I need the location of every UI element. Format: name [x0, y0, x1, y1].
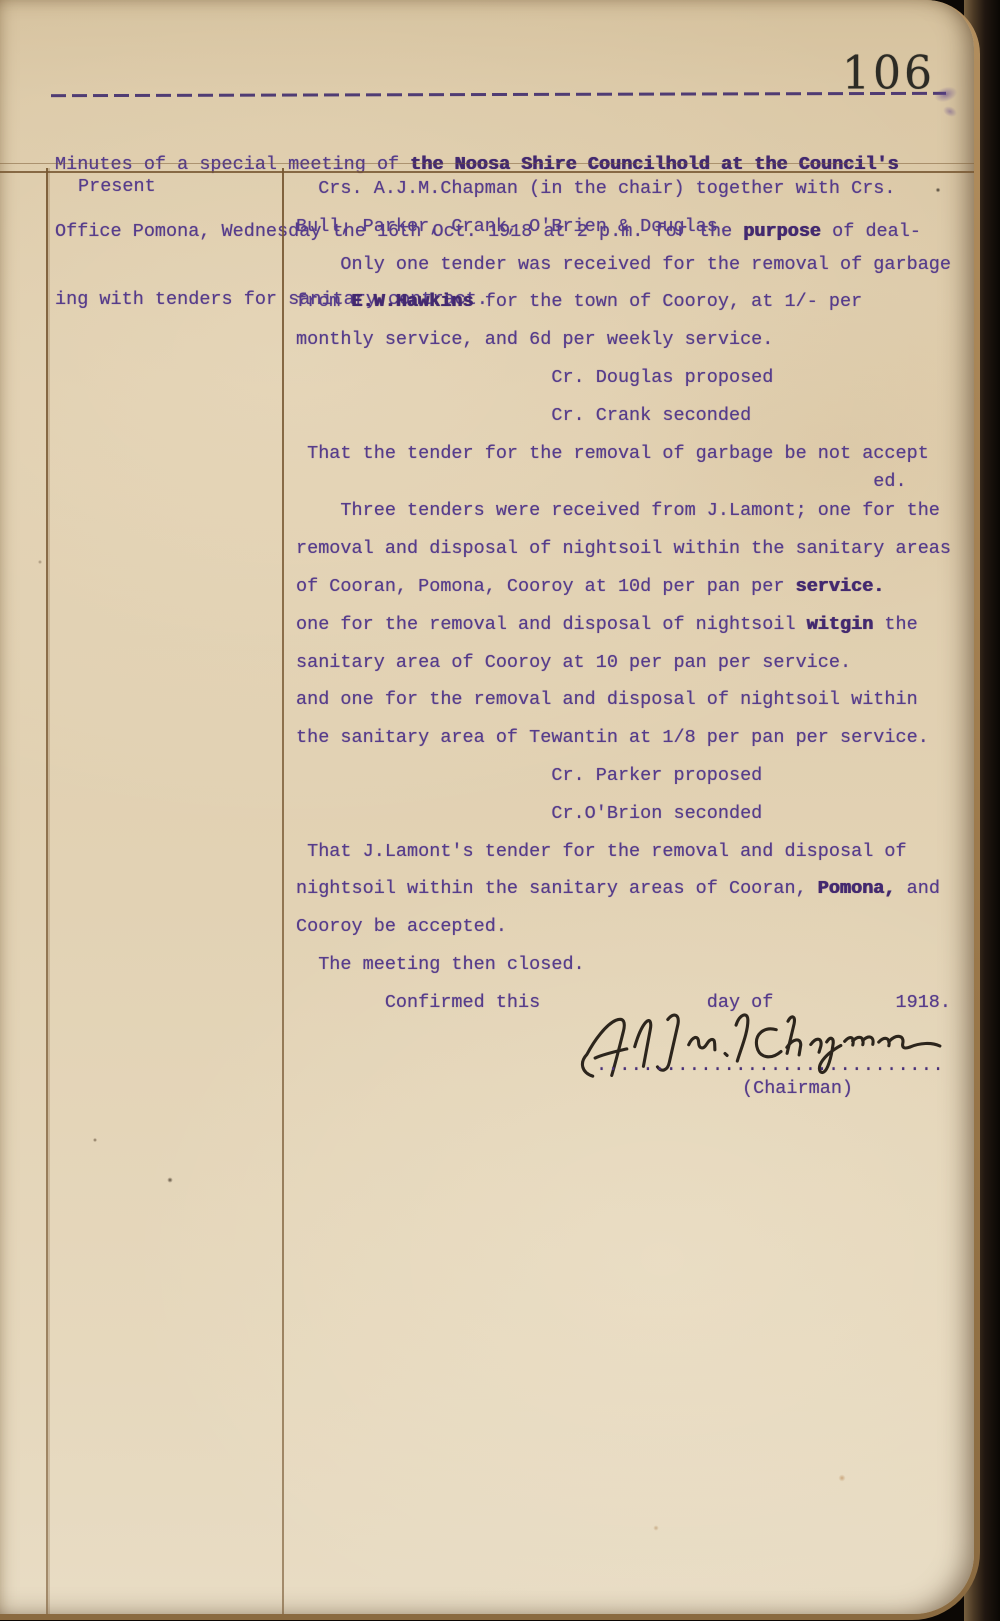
- minutes-line: and one for the removal and disposal of …: [296, 681, 968, 719]
- typed-text: the sanitary area of Tewantin at 1/8 per…: [296, 727, 929, 748]
- minutes-line: Cooroy be accepted.: [296, 908, 968, 946]
- minutes-line: removal and disposal of nightsoil within…: [296, 530, 968, 568]
- minutes-line: The meeting then closed.: [296, 946, 968, 984]
- minutes-line: monthly service, and 6d per weekly servi…: [296, 321, 968, 359]
- typed-text: Three tenders were received from J.Lamon…: [296, 500, 940, 521]
- minutes-line: Crs. A.J.M.Chapman (in the chair) togeth…: [296, 170, 968, 208]
- minutes-line: Cr. Parker proposed: [296, 757, 968, 795]
- typed-text: The meeting then closed.: [296, 954, 585, 975]
- left-margin-rule: [46, 168, 48, 1614]
- present-column-label: Present: [78, 176, 156, 197]
- overstruck-typed-text: service.: [796, 576, 885, 597]
- minutes-line: Only one tender was received for the rem…: [296, 246, 968, 284]
- typed-text: That the tender for the removal of garba…: [296, 443, 929, 464]
- typed-text: and: [896, 878, 940, 899]
- typed-text: nightsoil within the sanitary areas of C…: [296, 878, 818, 899]
- typed-text: Only one tender was received for the rem…: [296, 254, 951, 275]
- overstruck-typed-text: Pomona,: [818, 878, 896, 899]
- typed-text: removal and disposal of nightsoil within…: [296, 538, 951, 559]
- overstruck-typed-text: witgin: [807, 614, 874, 635]
- minutes-line: Cr. Douglas proposed: [296, 359, 968, 397]
- chairman-label: (Chairman): [742, 1078, 853, 1099]
- typed-text: for the town of Cooroy, at 1/- per: [474, 291, 863, 312]
- signature-dotted-line: ..............................: [596, 1055, 944, 1076]
- minutes-line: from E.W.Hawkins for the town of Cooroy,…: [296, 283, 968, 321]
- minutes-line: Cr. Crank seconded: [296, 397, 968, 435]
- minutes-line: Bull, Parker, Crank, O'Brien & Douglas.: [296, 208, 968, 246]
- minutes-page: 106 Minutes of a special meeting of the …: [0, 0, 974, 1614]
- minutes-line: That the tender for the removal of garba…: [296, 435, 968, 473]
- minutes-line: That J.Lamont's tender for the removal a…: [296, 833, 968, 871]
- typed-text: the: [873, 614, 917, 635]
- minutes-line: nightsoil within the sanitary areas of C…: [296, 870, 968, 908]
- book-page-photo: 106 Minutes of a special meeting of the …: [0, 0, 1000, 1621]
- typed-text: Cr. Parker proposed: [296, 765, 762, 786]
- strikethrough-line: [51, 92, 946, 97]
- minutes-line: Three tenders were received from J.Lamon…: [296, 492, 968, 530]
- overstruck-typed-text: E.W.Hawkins: [352, 291, 474, 312]
- typed-text: Bull, Parker, Crank, O'Brien & Douglas.: [296, 216, 729, 237]
- minutes-text-column: Crs. A.J.M.Chapman (in the chair) togeth…: [296, 170, 968, 1022]
- typed-text: one for the removal and disposal of nigh…: [296, 614, 807, 635]
- typed-text: and one for the removal and disposal of …: [296, 689, 918, 710]
- typed-text: Crs. A.J.M.Chapman (in the chair) togeth…: [296, 178, 896, 199]
- typed-text: monthly service, and 6d per weekly servi…: [296, 329, 773, 350]
- minutes-line: ed.: [296, 472, 968, 492]
- minutes-line: of Cooran, Pomona, Cooroy at 10d per pan…: [296, 568, 968, 606]
- minutes-line: the sanitary area of Tewantin at 1/8 per…: [296, 719, 968, 757]
- typed-text: Cr. Douglas proposed: [296, 367, 773, 388]
- minutes-line: one for the removal and disposal of nigh…: [296, 606, 968, 644]
- typed-text: ed.: [296, 471, 907, 492]
- typed-text: of Cooran, Pomona, Cooroy at 10d per pan…: [296, 576, 796, 597]
- minutes-line: sanitary area of Cooroy at 10 per pan pe…: [296, 644, 968, 682]
- typed-text: Cr.O'Brion seconded: [296, 803, 762, 824]
- minutes-line: Cr.O'Brion seconded: [296, 795, 968, 833]
- typed-text: from: [296, 291, 352, 312]
- column-divider-rule: [282, 168, 284, 1614]
- typed-text: That J.Lamont's tender for the removal a…: [296, 841, 907, 862]
- typed-text: sanitary area of Cooroy at 10 per pan pe…: [296, 652, 851, 673]
- typed-text: Cr. Crank seconded: [296, 405, 751, 426]
- typed-text: Cooroy be accepted.: [296, 916, 507, 937]
